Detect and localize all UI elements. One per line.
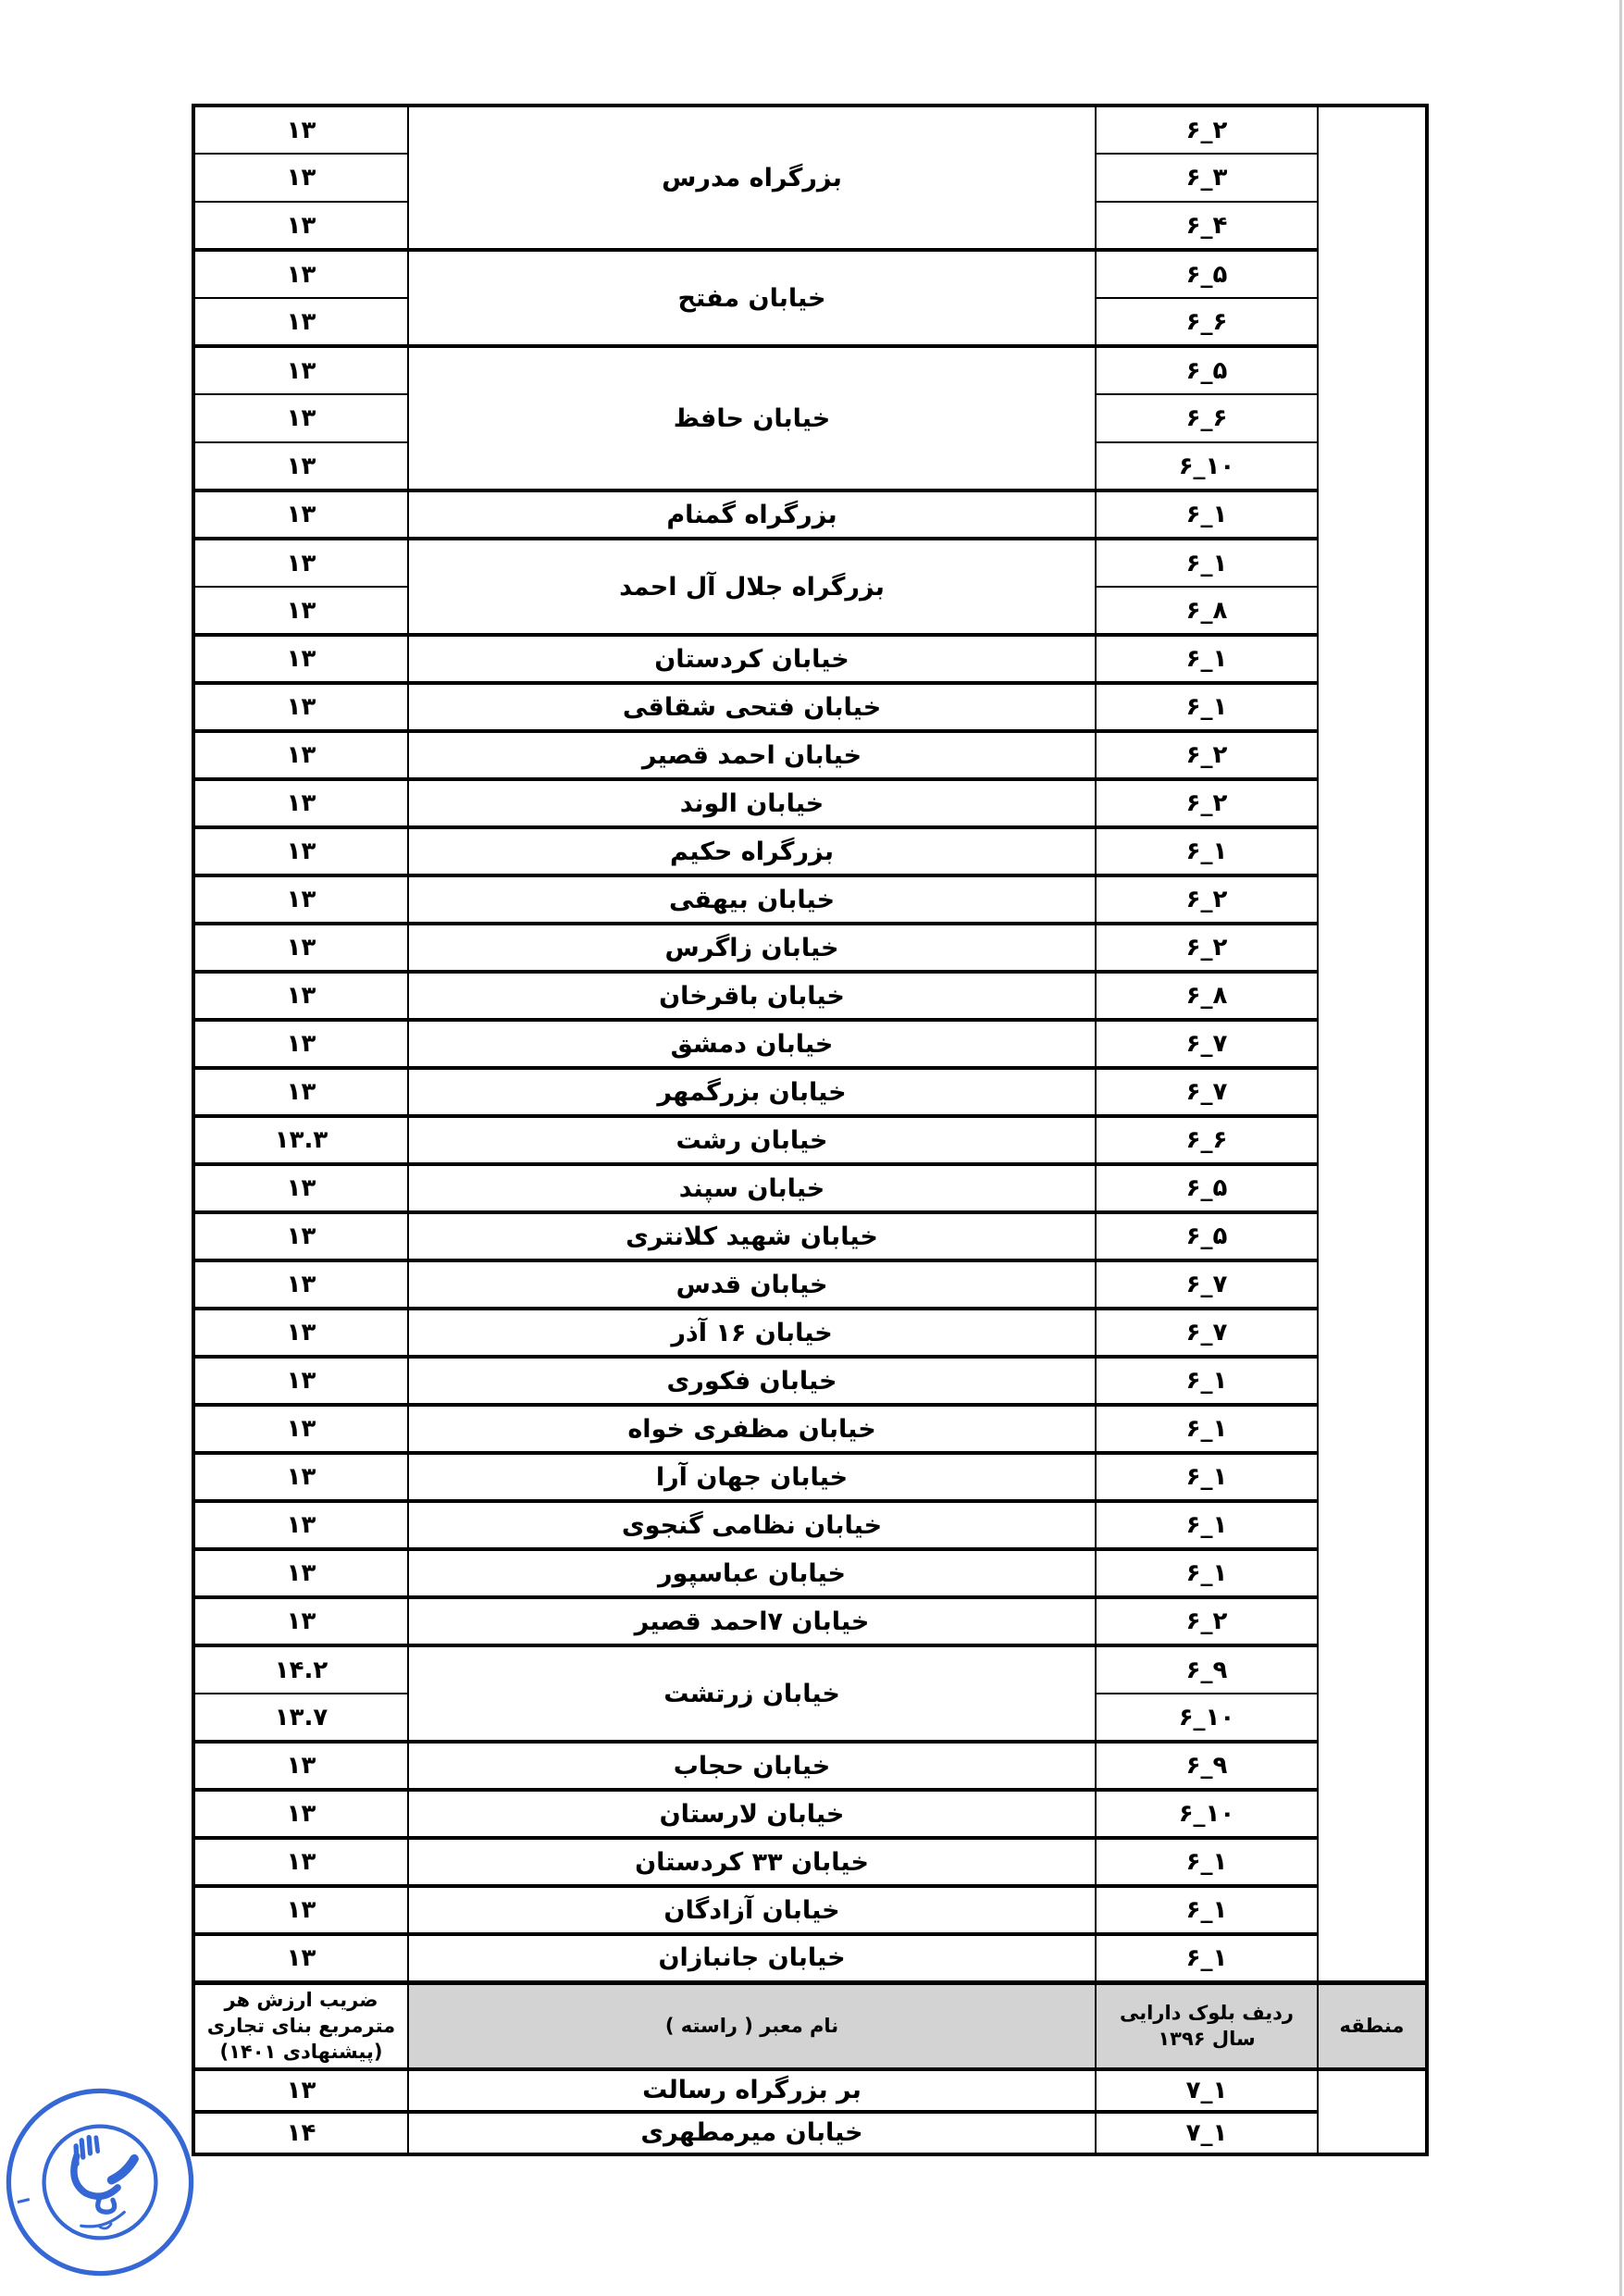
value-cell: ۱۳ <box>193 1549 408 1597</box>
header-value-coefficient: ضریب ارزش هر مترمربع بنای تجاری (پیشنهاد… <box>193 1982 408 2069</box>
street-rates-table: ۶_۲بزرگراه مدرس۱۳۶_۳۱۳۶_۴۱۳۶_۵خیابان مفت… <box>192 104 1429 2156</box>
value-cell: ۱۳ <box>193 779 408 827</box>
value-cell: ۱۳ <box>193 635 408 683</box>
block-code-cell: ۶_۶ <box>1096 394 1318 442</box>
value-cell: ۱۳ <box>193 1742 408 1790</box>
value-cell: ۱۳ <box>193 1164 408 1212</box>
table-row: ۶_۵خیابان شهید کلانتری۱۳ <box>193 1212 1427 1260</box>
stamp-outer-ring <box>2 2084 198 2280</box>
street-name-cell: خیابان احمد قصیر <box>408 731 1096 779</box>
block-code-cell: ۶_۷ <box>1096 1309 1318 1357</box>
table-row: ۶_۱خیابان فکوری۱۳ <box>193 1357 1427 1405</box>
value-cell: ۱۳ <box>193 202 408 250</box>
table-row: ۶_۹خیابان زرتشت۱۴.۲ <box>193 1645 1427 1694</box>
table-row: ۶_۱خیابان جهان آرا۱۳ <box>193 1453 1427 1501</box>
street-name-cell: خیابان لارستان <box>408 1790 1096 1838</box>
street-name-cell: خیابان حجاب <box>408 1742 1096 1790</box>
value-cell: ۱۳ <box>193 1309 408 1357</box>
street-name-cell: خیابان بزرگمهر <box>408 1068 1096 1116</box>
block-code-cell: ۶_۹ <box>1096 1742 1318 1790</box>
table-row: ۶_۱خیابان ۳۳ کردستان۱۳ <box>193 1838 1427 1886</box>
value-cell: ۱۳ <box>193 250 408 298</box>
block-code-cell: ۶_۵ <box>1096 250 1318 298</box>
block-code-cell: ۷_۱ <box>1096 2069 1318 2112</box>
street-name-cell: خیابان کردستان <box>408 635 1096 683</box>
street-name-cell: بزرگراه حکیم <box>408 827 1096 875</box>
value-cell: ۱۳ <box>193 490 408 539</box>
value-cell: ۱۳ <box>193 442 408 490</box>
block-code-cell: ۶_۶ <box>1096 298 1318 346</box>
value-cell: ۱۳ <box>193 731 408 779</box>
table-row: ۶_۷خیابان قدس۱۳ <box>193 1260 1427 1309</box>
block-code-cell: ۶_۱ <box>1096 1453 1318 1501</box>
block-code-cell: ۶_۳ <box>1096 154 1318 202</box>
street-name-cell: خیابان نظامی گنجوی <box>408 1501 1096 1549</box>
value-cell: ۱۳ <box>193 924 408 972</box>
street-name-cell: خیابان شهید کلانتری <box>408 1212 1096 1260</box>
block-code-cell: ۶_۱ <box>1096 1405 1318 1453</box>
table-row: ۶_۵خیابان سپند۱۳ <box>193 1164 1427 1212</box>
table-row: ۷_۱بر بزرگراه رسالت۱۳ <box>193 2069 1427 2112</box>
street-name-cell: خیابان آزادگان <box>408 1886 1096 1934</box>
block-code-cell: ۶_۶ <box>1096 1116 1318 1164</box>
table-row: ۶_۸خیابان باقرخان۱۳ <box>193 972 1427 1020</box>
value-cell: ۱۴ <box>193 2112 408 2154</box>
table-row: ۶_۷خیابان ۱۶ آذر۱۳ <box>193 1309 1427 1357</box>
value-cell: ۱۳.۷ <box>193 1694 408 1742</box>
value-cell: ۱۳ <box>193 875 408 924</box>
street-name-cell: خیابان رشت <box>408 1116 1096 1164</box>
street-name-cell: خیابان ۳۳ کردستان <box>408 1838 1096 1886</box>
table-row: ۶_۱خیابان فتحی شقاقی۱۳ <box>193 683 1427 731</box>
table-row: ۶_۵خیابان مفتح۱۳ <box>193 250 1427 298</box>
stamp-inner-ring <box>31 2114 168 2251</box>
street-name-cell: خیابان الوند <box>408 779 1096 827</box>
value-cell: ۱۳ <box>193 972 408 1020</box>
block-code-cell: ۶_۱۰ <box>1096 1790 1318 1838</box>
value-cell: ۱۳.۳ <box>193 1116 408 1164</box>
street-name-cell: خیابان عباسپور <box>408 1549 1096 1597</box>
street-name-cell: خیابان ۱۶ آذر <box>408 1309 1096 1357</box>
value-cell: ۱۳ <box>193 105 408 154</box>
block-code-cell: ۶_۱ <box>1096 490 1318 539</box>
council-stamp-group: اداره مصوبات شورای اسلامی شهر تهران <box>2 2084 198 2280</box>
table-row: ۶_۲خیابان ۷احمد قصیر۱۳ <box>193 1597 1427 1645</box>
block-code-cell: ۶_۱ <box>1096 1501 1318 1549</box>
block-code-cell: ۶_۹ <box>1096 1645 1318 1694</box>
street-name-cell: خیابان قدس <box>408 1260 1096 1309</box>
value-cell: ۱۳ <box>193 1838 408 1886</box>
header-street-name: نام معبر ( راسته ) <box>408 1982 1096 2069</box>
value-cell: ۱۳ <box>193 154 408 202</box>
block-code-cell: ۶_۲ <box>1096 1597 1318 1645</box>
value-cell: ۱۳ <box>193 1790 408 1838</box>
street-name-cell: خیابان جانبازان <box>408 1934 1096 1982</box>
block-code-cell: ۶_۱ <box>1096 539 1318 587</box>
street-name-cell: بزرگراه جلال آل احمد <box>408 539 1096 635</box>
value-cell: ۱۳ <box>193 1886 408 1934</box>
table-row: ۶_۶خیابان رشت۱۳.۳ <box>193 1116 1427 1164</box>
street-name-cell: خیابان فکوری <box>408 1357 1096 1405</box>
value-cell: ۱۳ <box>193 1212 408 1260</box>
value-cell: ۱۳ <box>193 1405 408 1453</box>
value-cell: ۱۳ <box>193 346 408 394</box>
rates-table-body: ۶_۲بزرگراه مدرس۱۳۶_۳۱۳۶_۴۱۳۶_۵خیابان مفت… <box>193 105 1427 2154</box>
table-row: ۷_۱خیابان میرمطهری۱۴ <box>193 2112 1427 2154</box>
block-code-cell: ۶_۱ <box>1096 1549 1318 1597</box>
value-cell: ۱۳ <box>193 1357 408 1405</box>
value-cell: ۱۳ <box>193 1453 408 1501</box>
block-code-cell: ۶_۷ <box>1096 1260 1318 1309</box>
value-cell: ۱۳ <box>193 1597 408 1645</box>
street-name-cell: خیابان دمشق <box>408 1020 1096 1068</box>
value-cell: ۱۳ <box>193 394 408 442</box>
block-code-cell: ۶_۱۰ <box>1096 1694 1318 1742</box>
block-code-cell: ۶_۷ <box>1096 1020 1318 1068</box>
block-code-cell: ۶_۱ <box>1096 827 1318 875</box>
street-name-cell: خیابان سپند <box>408 1164 1096 1212</box>
scanned-page: { "page": { "background": "#ffffff" }, "… <box>0 0 1624 2296</box>
block-code-cell: ۶_۵ <box>1096 1212 1318 1260</box>
street-name-cell: خیابان ۷احمد قصیر <box>408 1597 1096 1645</box>
value-cell: ۱۳ <box>193 298 408 346</box>
region-merged-cell <box>1318 2069 1427 2154</box>
street-name-cell: بزرگراه مدرس <box>408 105 1096 250</box>
value-cell: ۱۳ <box>193 539 408 587</box>
street-name-cell: خیابان حافظ <box>408 346 1096 490</box>
block-code-cell: ۶_۱ <box>1096 683 1318 731</box>
street-name-cell: خیابان زاگرس <box>408 924 1096 972</box>
header-region: منطقه <box>1318 1982 1427 2069</box>
street-name-cell: بر بزرگراه رسالت <box>408 2069 1096 2112</box>
street-name-cell: خیابان جهان آرا <box>408 1453 1096 1501</box>
street-name-cell: خیابان بیهقی <box>408 875 1096 924</box>
block-code-cell: ۶_۲ <box>1096 875 1318 924</box>
table-row: ۶_۱بزرگراه گمنام۱۳ <box>193 490 1427 539</box>
table-row: ۶_۵خیابان حافظ۱۳ <box>193 346 1427 394</box>
table-row: ۶_۱خیابان عباسپور۱۳ <box>193 1549 1427 1597</box>
value-cell: ۱۳ <box>193 827 408 875</box>
table-row: ۶_۱خیابان نظامی گنجوی۱۳ <box>193 1501 1427 1549</box>
block-code-cell: ۶_۱۰ <box>1096 442 1318 490</box>
block-code-cell: ۶_۱ <box>1096 1934 1318 1982</box>
street-name-cell: خیابان باقرخان <box>408 972 1096 1020</box>
table-row: ۶_۱بزرگراه حکیم۱۳ <box>193 827 1427 875</box>
scan-edge-artifact <box>1619 0 1622 2296</box>
value-cell: ۱۳ <box>193 1068 408 1116</box>
value-cell: ۱۴.۲ <box>193 1645 408 1694</box>
block-code-cell: ۷_۱ <box>1096 2112 1318 2154</box>
value-cell: ۱۳ <box>193 1501 408 1549</box>
street-name-cell: بزرگراه گمنام <box>408 490 1096 539</box>
header-block-code: ردیف بلوک دارایی سال ۱۳۹۶ <box>1096 1982 1318 2069</box>
street-name-cell: خیابان زرتشت <box>408 1645 1096 1742</box>
block-code-cell: ۶_۵ <box>1096 346 1318 394</box>
block-code-cell: ۶_۲ <box>1096 924 1318 972</box>
value-cell: ۱۳ <box>193 1260 408 1309</box>
table-row: ۶_۹خیابان حجاب۱۳ <box>193 1742 1427 1790</box>
table-row: ۶_۱بزرگراه جلال آل احمد۱۳ <box>193 539 1427 587</box>
table-row: ۶_۲خیابان الوند۱۳ <box>193 779 1427 827</box>
street-name-cell: خیابان میرمطهری <box>408 2112 1096 2154</box>
value-cell: ۱۳ <box>193 683 408 731</box>
table-row: ۶_۱خیابان جانبازان۱۳ <box>193 1934 1427 1982</box>
block-code-cell: ۶_۱ <box>1096 635 1318 683</box>
table-row: ۶_۲خیابان زاگرس۱۳ <box>193 924 1427 972</box>
table-header-row: منطقه ردیف بلوک دارایی سال ۱۳۹۶ نام معبر… <box>193 1982 1427 2069</box>
block-code-cell: ۶_۲ <box>1096 105 1318 154</box>
block-code-cell: ۶_۴ <box>1096 202 1318 250</box>
stamp-ring-text: اداره مصوبات شورای اسلامی شهر تهران <box>2 2091 34 2211</box>
block-code-cell: ۶_۸ <box>1096 972 1318 1020</box>
block-code-cell: ۶_۲ <box>1096 731 1318 779</box>
block-code-cell: ۶_۱ <box>1096 1357 1318 1405</box>
council-emblem-icon <box>59 2128 149 2234</box>
block-code-cell: ۶_۲ <box>1096 779 1318 827</box>
street-name-cell: خیابان فتحی شقاقی <box>408 683 1096 731</box>
council-stamp: اداره مصوبات شورای اسلامی شهر تهران <box>2 2084 198 2280</box>
street-name-cell: خیابان مفتح <box>408 250 1096 346</box>
table-row: ۶_۲بزرگراه مدرس۱۳ <box>193 105 1427 154</box>
table-row: ۶_۲خیابان احمد قصیر۱۳ <box>193 731 1427 779</box>
block-code-cell: ۶_۱ <box>1096 1886 1318 1934</box>
block-code-cell: ۶_۵ <box>1096 1164 1318 1212</box>
table-row: ۶_۱خیابان آزادگان۱۳ <box>193 1886 1427 1934</box>
value-cell: ۱۳ <box>193 1934 408 1982</box>
table-row: ۶_۷خیابان دمشق۱۳ <box>193 1020 1427 1068</box>
value-cell: ۱۳ <box>193 587 408 635</box>
block-code-cell: ۶_۱ <box>1096 1838 1318 1886</box>
region-merged-cell <box>1318 105 1427 1982</box>
value-cell: ۱۳ <box>193 2069 408 2112</box>
block-code-cell: ۶_۸ <box>1096 587 1318 635</box>
table-row: ۶_۱خیابان کردستان۱۳ <box>193 635 1427 683</box>
table-row: ۶_۷خیابان بزرگمهر۱۳ <box>193 1068 1427 1116</box>
block-code-cell: ۶_۷ <box>1096 1068 1318 1116</box>
table-row: ۶_۱خیابان مظفری خواه۱۳ <box>193 1405 1427 1453</box>
street-name-cell: خیابان مظفری خواه <box>408 1405 1096 1453</box>
table-row: ۶_۱۰خیابان لارستان۱۳ <box>193 1790 1427 1838</box>
table-row: ۶_۲خیابان بیهقی۱۳ <box>193 875 1427 924</box>
value-cell: ۱۳ <box>193 1020 408 1068</box>
